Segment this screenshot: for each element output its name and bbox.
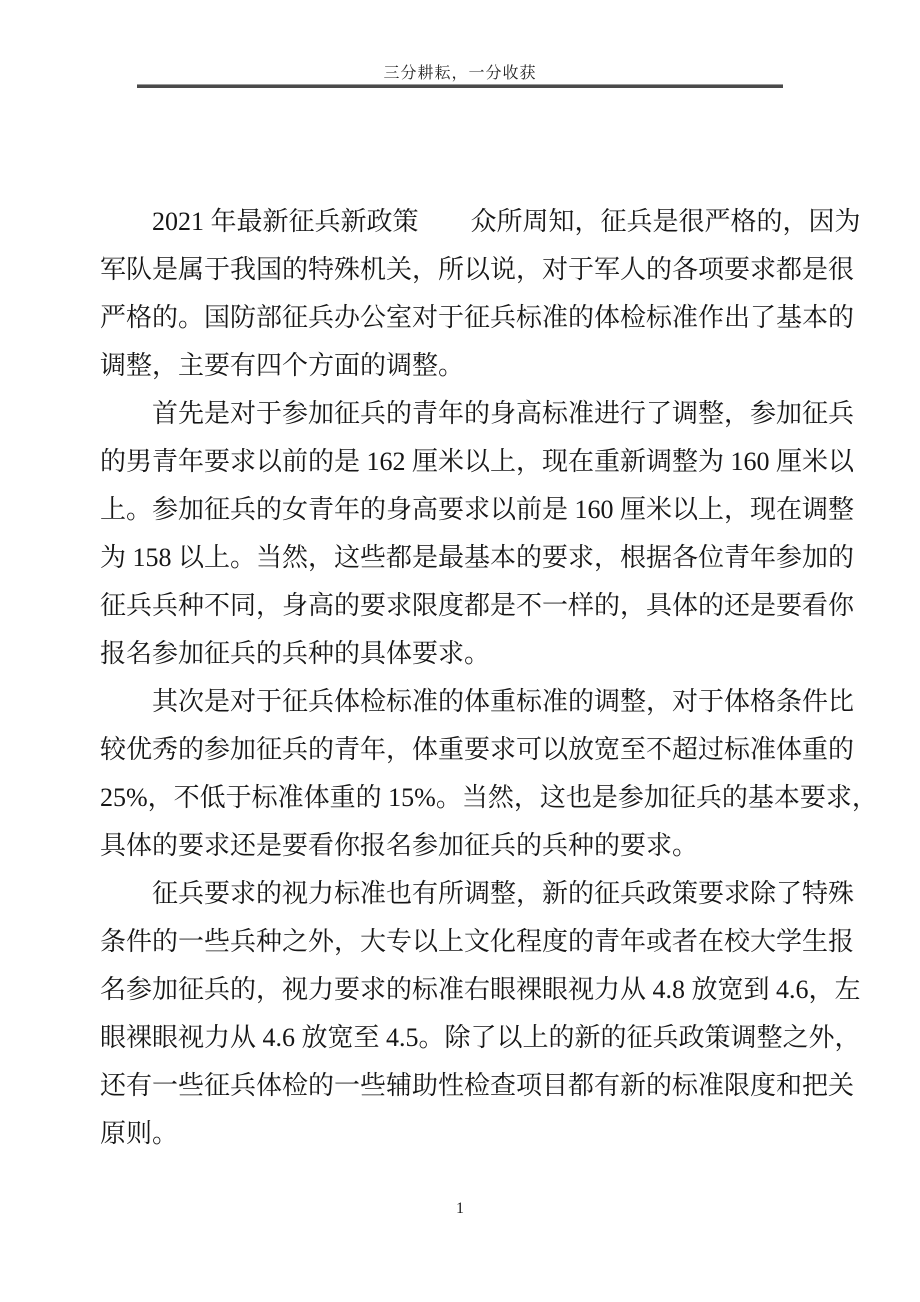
text-line: 军队是属于我国的特殊机关，所以说，对于军人的各项要求都是很 xyxy=(100,246,824,294)
text-line: 报名参加征兵的兵种的具体要求。 xyxy=(100,630,824,678)
text-line: 原则。 xyxy=(100,1110,824,1158)
text-line: 征兵要求的视力标准也有所调整，新的征兵政策要求除了特殊 xyxy=(100,870,824,918)
text-line: 为 158 以上。当然，这些都是最基本的要求，根据各位青年参加的 xyxy=(100,534,824,582)
text-line: 具体的要求还是要看你报名参加征兵的兵种的要求。 xyxy=(100,822,824,870)
text-line: 2021 年最新征兵新政策 众所周知，征兵是很严格的，因为 xyxy=(100,198,824,246)
text-line: 名参加征兵的，视力要求的标准右眼裸眼视力从 4.8 放宽到 4.6，左 xyxy=(100,966,824,1014)
page-number: 1 xyxy=(0,1200,920,1218)
document-page: 三分耕耘，一分收获 2021 年最新征兵新政策 众所周知，征兵是很严格的，因为军… xyxy=(0,0,920,1302)
paragraph: 2021 年最新征兵新政策 众所周知，征兵是很严格的，因为军队是属于我国的特殊机… xyxy=(100,198,824,390)
document-body: 2021 年最新征兵新政策 众所周知，征兵是很严格的，因为军队是属于我国的特殊机… xyxy=(100,198,824,1158)
paragraph: 首先是对于参加征兵的青年的身高标准进行了调整，参加征兵的男青年要求以前的是 16… xyxy=(100,390,824,678)
text-line: 较优秀的参加征兵的青年，体重要求可以放宽至不超过标准体重的 xyxy=(100,726,824,774)
paragraph: 征兵要求的视力标准也有所调整，新的征兵政策要求除了特殊条件的一些兵种之外，大专以… xyxy=(100,870,824,1158)
text-line: 严格的。国防部征兵办公室对于征兵标准的体检标准作出了基本的 xyxy=(100,294,824,342)
text-line: 眼裸眼视力从 4.6 放宽至 4.5。除了以上的新的征兵政策调整之外， xyxy=(100,1014,824,1062)
text-line: 的男青年要求以前的是 162 厘米以上，现在重新调整为 160 厘米以 xyxy=(100,438,824,486)
text-line: 上。参加征兵的女青年的身高要求以前是 160 厘米以上，现在调整 xyxy=(100,486,824,534)
header-rule xyxy=(137,84,783,88)
text-line: 还有一些征兵体检的一些辅助性检查项目都有新的标准限度和把关 xyxy=(100,1062,824,1110)
text-line: 25%，不低于标准体重的 15%。当然，这也是参加征兵的基本要求， xyxy=(100,774,824,822)
paragraph: 其次是对于征兵体检标准的体重标准的调整，对于体格条件比较优秀的参加征兵的青年，体… xyxy=(100,678,824,870)
text-line: 条件的一些兵种之外，大专以上文化程度的青年或者在校大学生报 xyxy=(100,918,824,966)
text-line: 首先是对于参加征兵的青年的身高标准进行了调整，参加征兵 xyxy=(100,390,824,438)
text-line: 征兵兵种不同，身高的要求限度都是不一样的，具体的还是要看你 xyxy=(100,582,824,630)
text-line: 其次是对于征兵体检标准的体重标准的调整，对于体格条件比 xyxy=(100,678,824,726)
page-header-text: 三分耕耘，一分收获 xyxy=(0,60,920,83)
text-line: 调整，主要有四个方面的调整。 xyxy=(100,342,824,390)
